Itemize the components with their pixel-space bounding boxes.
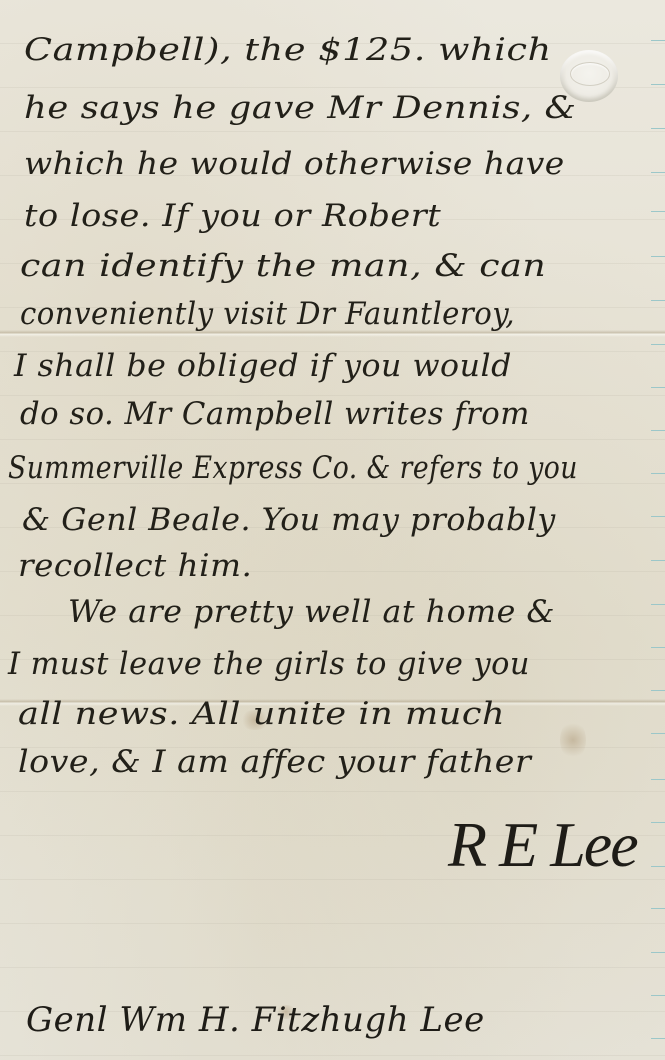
margin-tick bbox=[651, 516, 665, 517]
letter-line: Campbell), the $125. which bbox=[24, 32, 552, 68]
margin-tick bbox=[651, 690, 665, 691]
margin-tick bbox=[651, 473, 665, 474]
margin-tick bbox=[651, 344, 665, 345]
margin-tick bbox=[651, 908, 665, 909]
margin-tick bbox=[651, 430, 665, 431]
margin-tick bbox=[651, 172, 665, 173]
margin-tick bbox=[651, 733, 665, 734]
margin-tick bbox=[651, 604, 665, 605]
letter-line: to lose. If you or Robert bbox=[24, 198, 441, 234]
margin-tick bbox=[651, 779, 665, 780]
margin-tick bbox=[651, 1038, 665, 1039]
margin-tick bbox=[651, 300, 665, 301]
margin-tick bbox=[651, 647, 665, 648]
margin-tick bbox=[651, 952, 665, 953]
ink-stain bbox=[560, 720, 586, 760]
margin-tick bbox=[651, 84, 665, 85]
margin-tick bbox=[651, 387, 665, 388]
signature: R E Lee bbox=[448, 808, 637, 882]
letter-line: all news. All unite in much bbox=[18, 696, 505, 732]
margin-tick bbox=[651, 866, 665, 867]
letter-line: can identify the man, & can bbox=[20, 248, 546, 284]
letter-line: he says he gave Mr Dennis, & bbox=[24, 90, 577, 126]
letter-line: Summerville Express Co. & refers to you bbox=[8, 450, 578, 486]
seal-center bbox=[570, 62, 610, 86]
letter-line: We are pretty well at home & bbox=[68, 594, 555, 630]
margin-tick bbox=[651, 995, 665, 996]
letter-line: which he would otherwise have bbox=[24, 146, 565, 182]
margin-tick bbox=[651, 211, 665, 212]
letter-line: conveniently visit Dr Fauntleroy, bbox=[20, 296, 515, 332]
addressee: Genl Wm H. Fitzhugh Lee bbox=[26, 1000, 485, 1040]
margin-tick bbox=[651, 256, 665, 257]
letter-line: I shall be obliged if you would bbox=[14, 348, 512, 384]
letter-line: & Genl Beale. You may probably bbox=[22, 502, 556, 538]
letter-line: recollect him. bbox=[18, 548, 252, 584]
right-margin-rule-ticks bbox=[649, 0, 665, 1060]
margin-tick bbox=[651, 128, 665, 129]
letter-line: do so. Mr Campbell writes from bbox=[20, 396, 530, 432]
margin-tick bbox=[651, 822, 665, 823]
letter-line: love, & I am affec your father bbox=[18, 744, 531, 780]
margin-tick bbox=[651, 560, 665, 561]
letter-page: Campbell), the $125. which he says he ga… bbox=[0, 0, 665, 1060]
margin-tick bbox=[651, 40, 665, 41]
letter-line: I must leave the girls to give you bbox=[8, 646, 530, 682]
